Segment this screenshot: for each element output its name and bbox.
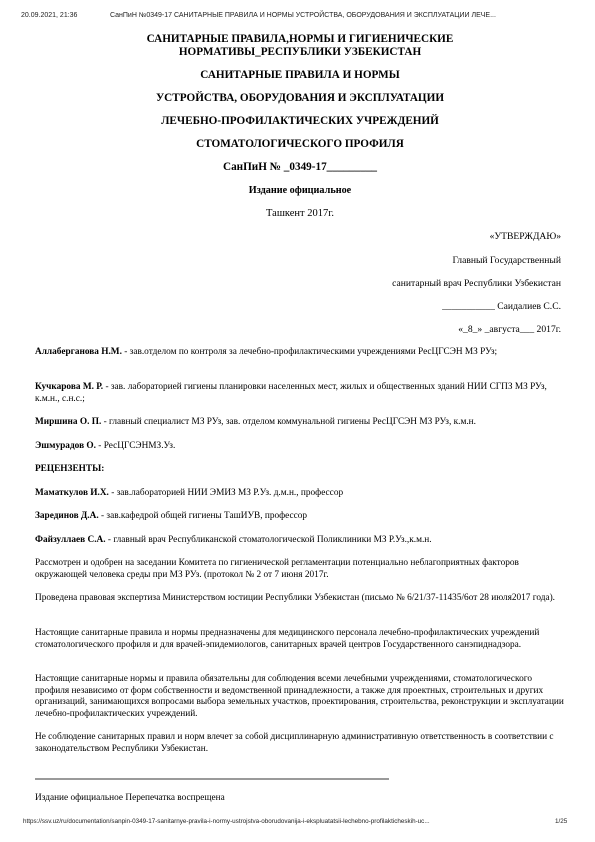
print-page-title: СанПиН №0349-17 САНИТАРНЫЕ ПРАВИЛА И НОР… — [110, 12, 496, 19]
reviewer-desc: - зав.лабораторией НИИ ЭМИЗ МЗ Р.Уз. д.м… — [109, 488, 343, 498]
author-desc: - главный специалист МЗ РУз, зав. отдело… — [101, 417, 476, 427]
approval-signature: ___________ Саидалиев С.С. — [442, 301, 561, 312]
heading-equipment: УСТРОЙСТВА, ОБОРУДОВАНИЯ И ЭКСПЛУАТАЦИИ — [35, 92, 565, 104]
legal-expertise-paragraph: Проведена правовая экспертиза Министерст… — [35, 593, 565, 605]
author-name: Эшмурадов О. — [35, 441, 96, 451]
heading-dental-profile: СТОМАТОЛОГИЧЕСКОГО ПРОФИЛЯ — [35, 138, 565, 150]
reviewer-entry: Маматкулов И.Х. - зав.лабораторией НИИ Э… — [35, 488, 565, 500]
edition-label: Издание официальное — [35, 185, 565, 196]
print-datetime: 20.09.2021, 21:36 — [21, 12, 77, 19]
document-main-title: САНИТАРНЫЕ ПРАВИЛА,НОРМЫ И ГИГИЕНИЧЕСКИЕ… — [35, 33, 565, 59]
reviewer-name: Маматкулов И.Х. — [35, 488, 109, 498]
reviewer-entry: Зарединов Д.А. - зав.кафедрой общей гиги… — [35, 511, 565, 523]
author-entry: Кучкарова М. Р. - зав. лабораторией гиги… — [35, 382, 565, 405]
reviewer-name: Файзуллаев С.А. — [35, 535, 106, 545]
reviewer-desc: - зав.кафедрой общей гигиены ТашИУВ, про… — [99, 511, 307, 521]
heading-sanpin-number: СанПиН № _0349-17_________ — [35, 161, 565, 173]
author-desc: - зав.отделом по контроля за лечебно-про… — [122, 347, 497, 357]
reviewer-desc: - главный врач Республиканской стоматоло… — [106, 535, 432, 545]
footnote-divider — [35, 778, 389, 780]
approval-date: «_8_» _августа___ 2017г. — [458, 324, 561, 335]
reviewer-entry: Файзуллаев С.А. - главный врач Республик… — [35, 535, 565, 547]
reviewer-name: Зарединов Д.А. — [35, 511, 99, 521]
page-counter: 1/25 — [555, 818, 567, 825]
author-name: Аллаберганова Н.М. — [35, 347, 122, 357]
heading-institutions: ЛЕЧЕБНО-ПРОФИЛАКТИЧЕСКИХ УЧРЕЖДЕНИЙ — [35, 115, 565, 127]
approval-line-2: санитарный врач Республики Узбекистан — [392, 278, 561, 289]
print-url: https://ssv.uz/ru/documentation/sanpin-0… — [23, 818, 430, 825]
city-year: Ташкент 2017г. — [35, 208, 565, 219]
author-desc: - зав. лабораторией гигиены планировки н… — [35, 382, 547, 404]
author-desc: - РесЦГСЭНМЗ.Уз. — [96, 441, 175, 451]
obligation-paragraph: Настоящие санитарные нормы и правила обя… — [35, 674, 565, 720]
heading-sanitary-rules: САНИТАРНЫЕ ПРАВИЛА И НОРМЫ — [35, 69, 565, 81]
reviewers-heading: РЕЦЕНЗЕНТЫ: — [35, 464, 565, 476]
author-name: Миршина О. П. — [35, 417, 101, 427]
author-entry: Эшмурадов О. - РесЦГСЭНМЗ.Уз. — [35, 441, 565, 453]
approval-committee-paragraph: Рассмотрен и одобрен на заседании Комите… — [35, 558, 565, 581]
reprint-notice: Издание официальное Перепечатка воспреще… — [35, 793, 565, 805]
intended-audience-paragraph: Настоящие санитарные правила и нормы пре… — [35, 628, 565, 651]
liability-paragraph: Не соблюдение санитарных правил и норм в… — [35, 732, 565, 755]
approval-stamp: «УТВЕРЖДАЮ» — [490, 231, 561, 242]
approval-line-1: Главный Государственный — [452, 255, 561, 266]
author-name: Кучкарова М. Р. — [35, 382, 103, 392]
author-entry: Аллаберганова Н.М. - зав.отделом по конт… — [35, 347, 565, 359]
author-entry: Миршина О. П. - главный специалист МЗ РУ… — [35, 417, 565, 429]
